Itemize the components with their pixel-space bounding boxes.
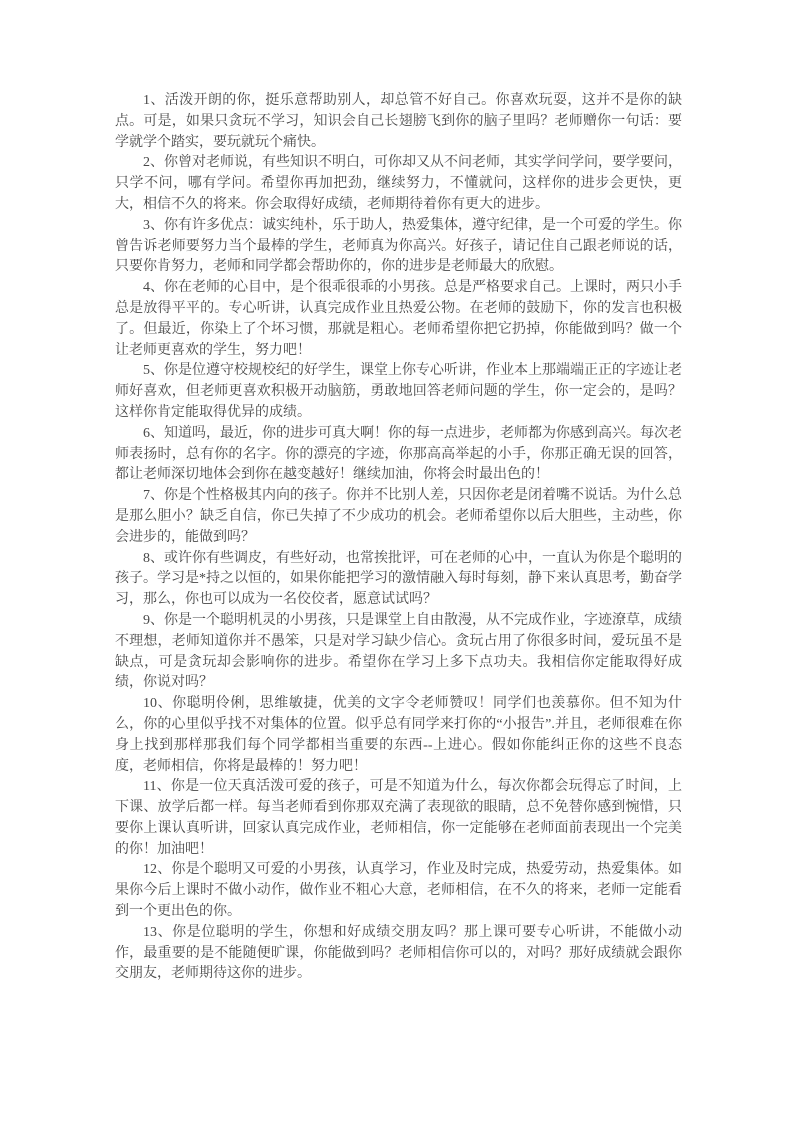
- comment-paragraph-11: 11、你是一位天真活泼可爱的孩子，可是不知道为什么，每次你都会玩得忘了时间，上下…: [115, 777, 682, 860]
- comment-paragraph-2: 2、你曾对老师说，有些知识不明白，可你却又从不问老师，其实学问学问，要学要问，只…: [115, 153, 682, 215]
- comment-paragraph-3: 3、你有许多优点：诚实纯朴，乐于助人，热爱集体，遵守纪律，是一个可爱的学生。你曾…: [115, 216, 682, 278]
- comment-paragraph-7: 7、你是个性格极其内向的孩子。你并不比别人差，只因你老是闭着嘴不说话。为什么总是…: [115, 486, 682, 548]
- comment-paragraph-13: 13、你是位聪明的学生，你想和好成绩交朋友吗？那上课可要专心听讲，不能做小动作，…: [115, 923, 682, 985]
- document-page: 1、活泼开朗的你，挺乐意帮助别人，却总管不好自己。你喜欢玩耍，这并不是你的缺点。…: [0, 0, 793, 1122]
- comment-paragraph-8: 8、或许你有些调皮，有些好动，也常挨批评，可在老师的心中，一直认为你是个聪明的孩…: [115, 549, 682, 611]
- comments-text-block: 1、活泼开朗的你，挺乐意帮助别人，却总管不好自己。你喜欢玩耍，这并不是你的缺点。…: [115, 91, 682, 985]
- comment-paragraph-5: 5、你是位遵守校规校纪的好学生，课堂上你专心听讲，作业本上那端端正正的字迹让老师…: [115, 361, 682, 423]
- comment-paragraph-9: 9、你是一个聪明机灵的小男孩，只是课堂上自由散漫，从不完成作业，字迹潦草，成绩不…: [115, 611, 682, 694]
- comment-paragraph-6: 6、知道吗，最近，你的进步可真大啊！你的每一点进步，老师都为你感到高兴。每次老师…: [115, 424, 682, 486]
- comment-paragraph-12: 12、你是个聪明又可爱的小男孩，认真学习，作业及时完成，热爱劳动，热爱集体。如果…: [115, 860, 682, 922]
- comment-paragraph-4: 4、你在老师的心目中，是个很乖很乖的小男孩。总是严格要求自己。上课时，两只小手总…: [115, 278, 682, 361]
- comment-paragraph-10: 10、你聪明伶俐，思维敏捷，优美的文字令老师赞叹！同学们也羡慕你。但不知为什么，…: [115, 694, 682, 777]
- comment-paragraph-1: 1、活泼开朗的你，挺乐意帮助别人，却总管不好自己。你喜欢玩耍，这并不是你的缺点。…: [115, 91, 682, 153]
